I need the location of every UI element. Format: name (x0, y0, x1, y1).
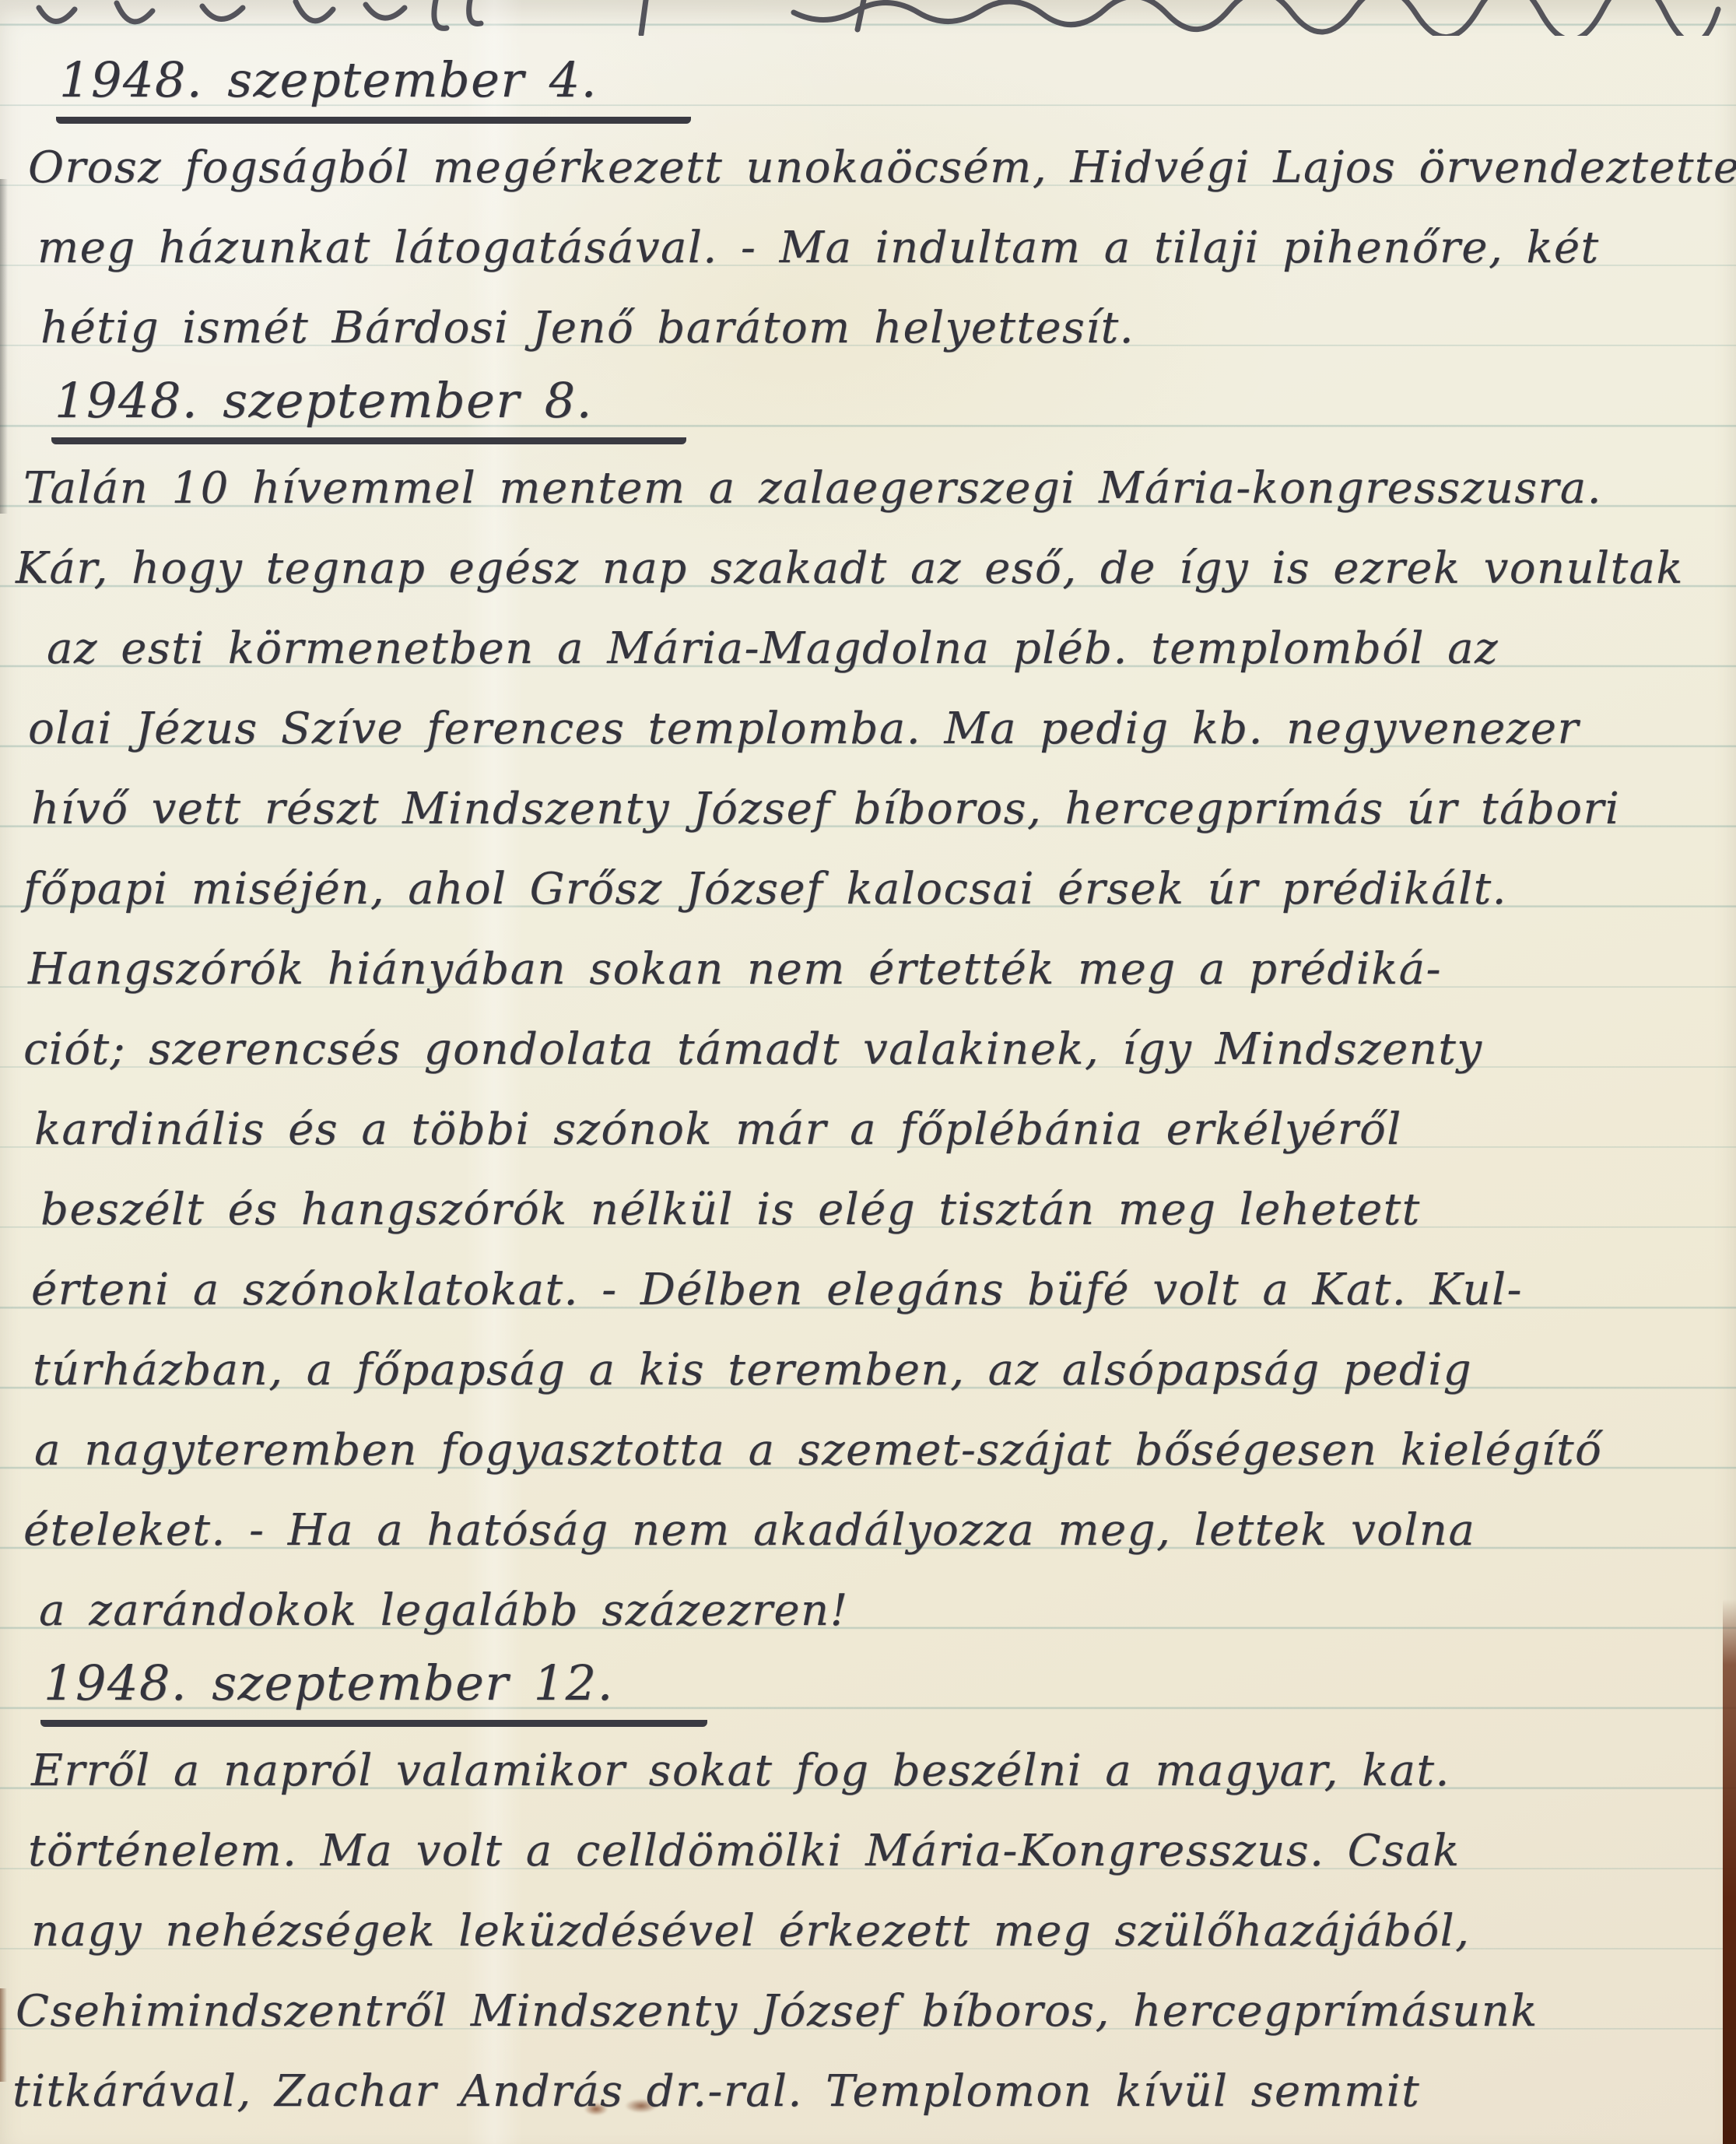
diary-line: a zarándokok legalább százezren! (39, 1589, 849, 1633)
diary-photo-page: { "document": { "kind": "handwritten dia… (0, 0, 1736, 2144)
diary-line: túrházban, a főpapság a kis teremben, az… (33, 1349, 1472, 1392)
entry-date-heading: 1948. szeptember 8. (51, 377, 686, 444)
diary-line: beszélt és hangszórók nélkül is elég tis… (40, 1188, 1421, 1232)
diary-line: a nagyteremben fogyasztotta a szemet-szá… (34, 1429, 1602, 1472)
diary-line: érteni a szónoklatokat. - Délben elegáns… (31, 1269, 1523, 1312)
diary-line: Erről a napról valamikor sokat fog beszé… (31, 1749, 1450, 1793)
left-edge-shadow (0, 179, 8, 514)
diary-line: történelem. Ma volt a celldömölki Mária-… (28, 1830, 1461, 1873)
diary-line: Kár, hogy tegnap egész nap szakadt az es… (16, 547, 1684, 591)
diary-line: ételeket. - Ha a hatóság nem akadályozza… (23, 1509, 1475, 1553)
right-binding-edge (1723, 1599, 1736, 2144)
diary-line: kardinális és a többi szónok már a főplé… (34, 1108, 1402, 1152)
entry-date-heading: 1948. szeptember 4. (56, 56, 691, 124)
entry-date-heading: 1948. szeptember 12. (40, 1659, 707, 1727)
diary-line: Orosz fogságból megérkezett unokaöcsém, … (28, 146, 1736, 190)
diary-line: nagy nehézségek leküzdésével érkezett me… (31, 1910, 1470, 1953)
diary-line: hívő vett részt Mindszenty József bíboro… (31, 788, 1620, 831)
diary-line: az esti körmenetben a Mária-Magdolna plé… (47, 627, 1499, 671)
diary-line: Csehimindszentről Mindszenty József bíbo… (16, 1990, 1538, 2033)
diary-line: Talán 10 hívemmel mentem a zalaegerszegi… (23, 467, 1602, 511)
cropped-previous-line-strokes (0, 0, 1736, 36)
diary-line: főpapi miséjén, ahol Grősz József kalocs… (23, 868, 1507, 911)
diary-line: meg házunkat látogatásával. - Ma indulta… (37, 226, 1600, 270)
left-edge-binding-mark (0, 1988, 7, 2082)
diary-line: olai Jézus Szíve ferences templomba. Ma … (28, 707, 1580, 751)
diary-line: titkárával, Zachar András dr.-ral. Templ… (12, 2070, 1420, 2114)
diary-line: ciót; szerencsés gondolata támadt valaki… (23, 1028, 1482, 1072)
diary-line: Hangszórók hiányában sokan nem értették … (28, 948, 1442, 991)
diary-line: hétig ismét Bárdosi Jenő barátom helyett… (40, 307, 1135, 350)
